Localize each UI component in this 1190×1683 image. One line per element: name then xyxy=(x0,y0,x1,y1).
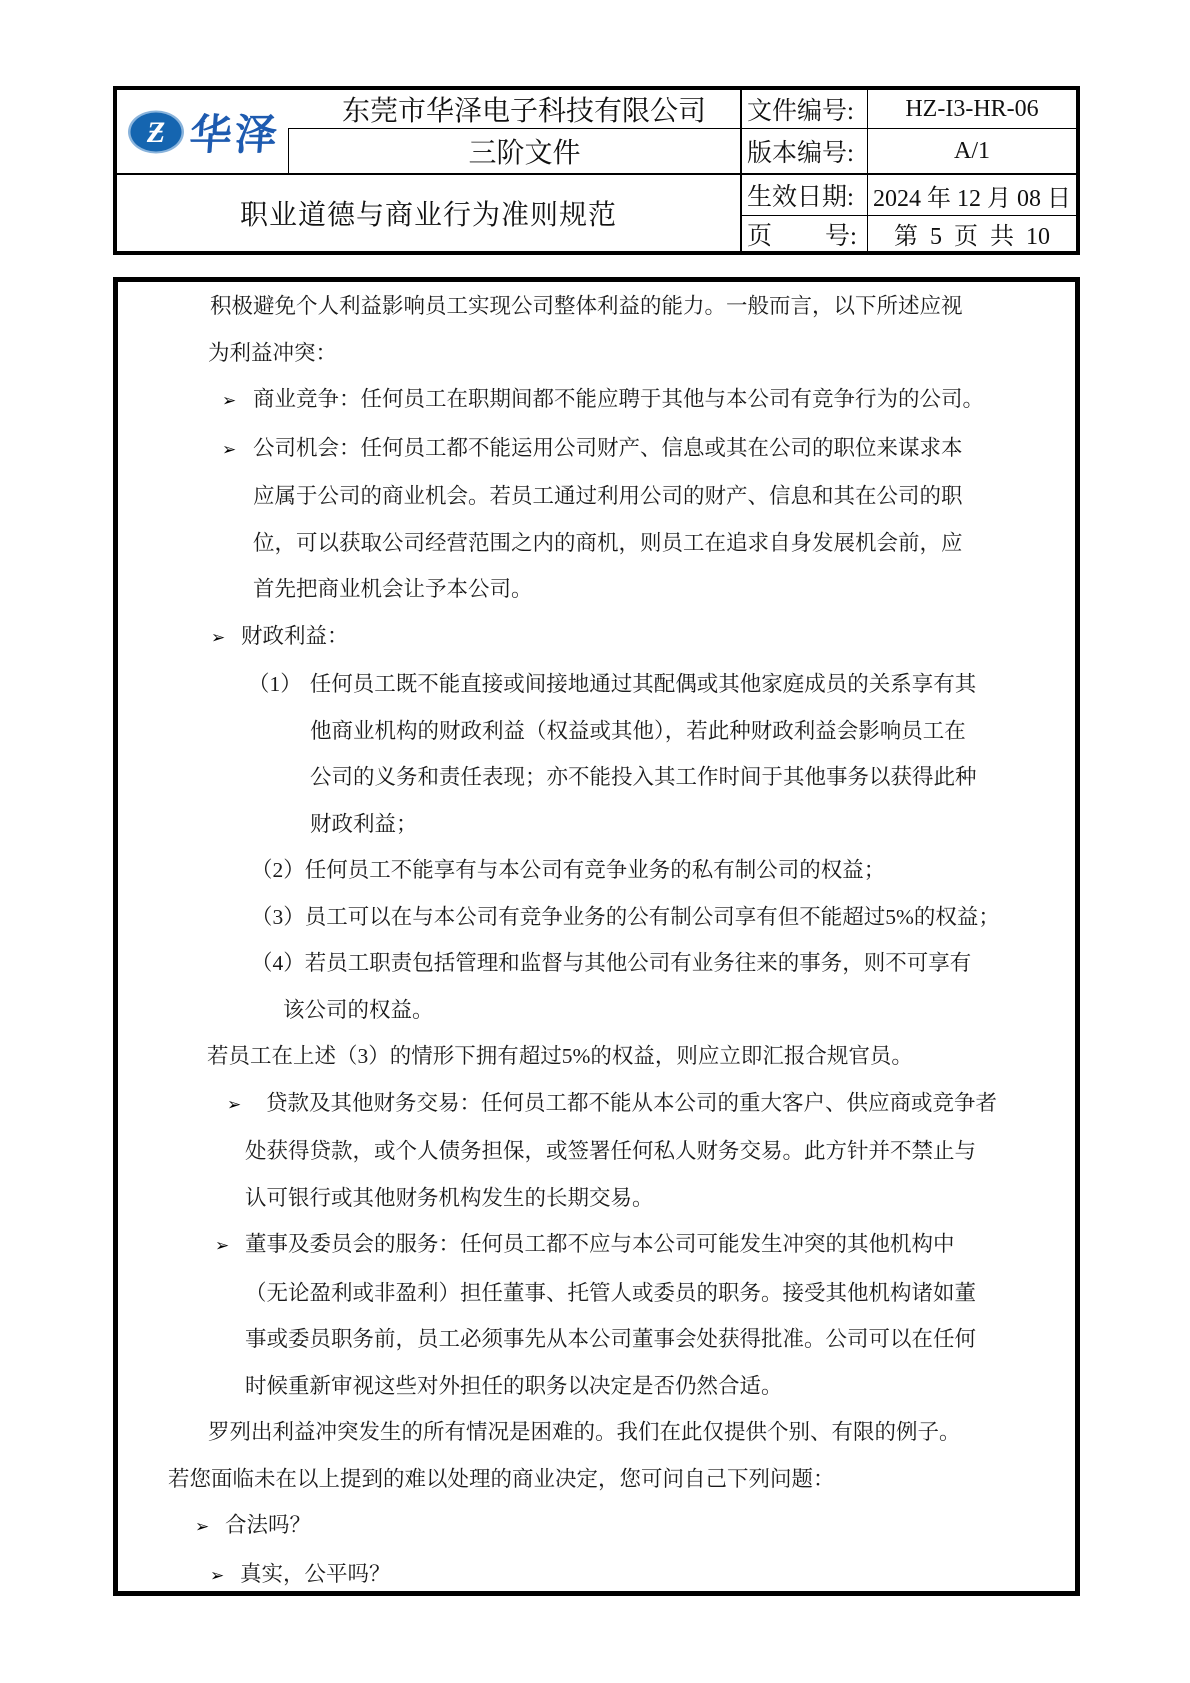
line-text: 任何员工既不能直接或间接地通过其配偶或其他家庭成员的关系享有其 xyxy=(310,672,977,696)
doc-line: ➢公司机会：任何员工都不能运用公司财产、信息或其在公司的职位来谋求本 xyxy=(222,425,1075,474)
doc-line: 积极避免个人利益影响员工实现公司整体利益的能力。一般而言，以下所述应视 xyxy=(210,283,1075,330)
document-body: 积极避免个人利益影响员工实现公司整体利益的能力。一般而言，以下所述应视 为利益冲… xyxy=(113,277,1080,1596)
doc-line: 该公司的权益。 xyxy=(283,987,1075,1034)
field-value-version: A/1 xyxy=(867,128,1076,173)
company-logo: Ƶ 华泽 xyxy=(117,90,288,173)
line-text: 合法吗？ xyxy=(225,1513,311,1537)
doc-level: 三阶文件 xyxy=(288,128,740,173)
doc-line: 事或委员职务前，员工必须事先从本公司董事会处获得批准。公司可以在任何 xyxy=(245,1316,1075,1363)
field-value-page-number: 第 5 页 共 10 xyxy=(867,215,1076,251)
line-text: 公司机会：任何员工都不能运用公司财产、信息或其在公司的职位来谋求本 xyxy=(253,436,963,460)
field-value-effective-date: 2024 年 12 月 08 日 xyxy=(867,173,1076,215)
logo-mark-icon: Ƶ xyxy=(146,116,165,149)
doc-line: 若您面临未在以上提到的难以处理的商业决定，您可问自己下列问题： xyxy=(168,1456,1075,1503)
doc-line: 应属于公司的商业机会。若员工通过利用公司的财产、信息和其在公司的职 xyxy=(253,473,1075,520)
doc-line: 财政利益； xyxy=(310,801,1075,848)
line-text: 真实，公平吗？ xyxy=(240,1562,391,1586)
company-name: 东莞市华泽电子科技有限公司 xyxy=(288,90,740,128)
arrow-bullet-icon: ➢ xyxy=(210,1553,240,1600)
line-text: （2）任何员工不能享有与本公司有竞争业务的私有制公司的权益； xyxy=(251,858,885,882)
line-text: 首先把商业机会让予本公司。 xyxy=(253,577,533,601)
doc-line: 时候重新审视这些对外担任的职务以决定是否仍然合适。 xyxy=(245,1363,1075,1410)
field-label-doc-number: 文件编号: xyxy=(740,90,867,128)
document-page: Ƶ 华泽 东莞市华泽电子科技有限公司 文件编号: HZ-I3-HR-06 三阶文… xyxy=(0,0,1190,1683)
doc-line: 认可银行或其他财务机构发生的长期交易。 xyxy=(245,1175,1075,1222)
line-text: 时候重新审视这些对外担任的职务以决定是否仍然合适。 xyxy=(245,1374,783,1398)
page-label-right: 号: xyxy=(825,216,857,252)
doc-line: 处获得贷款，或个人债务担保，或签署任何私人财务交易。此方针并不禁止与 xyxy=(245,1128,1075,1175)
doc-line: 他商业机构的财政利益（权益或其他），若此种财政利益会影响员工在 xyxy=(310,708,1075,755)
line-text: 处获得贷款，或个人债务担保，或签署任何私人财务交易。此方针并不禁止与 xyxy=(245,1139,976,1163)
line-text: 积极避免个人利益影响员工实现公司整体利益的能力。一般而言，以下所述应视 xyxy=(210,294,963,318)
line-text: 罗列出利益冲突发生的所有情况是困难的。我们在此仅提供个别、有限的例子。 xyxy=(208,1420,961,1444)
line-text: 贷款及其他财务交易：任何员工都不能从本公司的重大客户、供应商或竞争者 xyxy=(266,1091,997,1115)
line-text: （4）若员工职责包括管理和监督与其他公司有业务往来的事务，则不可享有 xyxy=(251,951,971,975)
arrow-bullet-icon: ➢ xyxy=(222,378,253,425)
doc-line: （1）任何员工既不能直接或间接地通过其配偶或其他家庭成员的关系享有其 xyxy=(248,661,1075,708)
line-text: 该公司的权益。 xyxy=(283,998,434,1022)
arrow-bullet-icon: ➢ xyxy=(215,1223,245,1270)
line-text: （无论盈利或非盈利）担任董事、托管人或委员的职务。接受其他机构诸如董 xyxy=(245,1281,976,1305)
doc-line: ➢真实，公平吗？ xyxy=(210,1551,1075,1600)
doc-line: 若员工在上述（3）的情形下拥有超过5%的权益，则应立即汇报合规官员。 xyxy=(207,1033,1075,1080)
logo-ellipse-icon: Ƶ xyxy=(127,109,185,155)
field-label-version: 版本编号: xyxy=(740,128,867,173)
line-text: 事或委员职务前，员工必须事先从本公司董事会处获得批准。公司可以在任何 xyxy=(245,1327,976,1351)
arrow-bullet-icon: ➢ xyxy=(222,427,253,474)
doc-line: 罗列出利益冲突发生的所有情况是困难的。我们在此仅提供个别、有限的例子。 xyxy=(208,1409,1075,1456)
doc-line: ➢贷款及其他财务交易：任何员工都不能从本公司的重大客户、供应商或竞争者 xyxy=(227,1080,1075,1129)
line-text: 若员工在上述（3）的情形下拥有超过5%的权益，则应立即汇报合规官员。 xyxy=(207,1044,913,1068)
line-text: 若您面临未在以上提到的难以处理的商业决定，您可问自己下列问题： xyxy=(168,1467,835,1491)
doc-line: ➢合法吗？ xyxy=(195,1502,1075,1551)
field-label-page-number: 页 号: xyxy=(740,215,867,251)
line-text: 应属于公司的商业机会。若员工通过利用公司的财产、信息和其在公司的职 xyxy=(253,484,963,508)
page-label-left: 页 xyxy=(747,216,772,252)
arrow-bullet-icon: ➢ xyxy=(227,1082,266,1129)
logo-text: 华泽 xyxy=(188,102,282,162)
doc-line: 位，可以获取公司经营范围之内的商机，则员工在追求自身发展机会前，应 xyxy=(253,520,1075,567)
doc-line: 首先把商业机会让予本公司。 xyxy=(253,566,1075,613)
line-text: 位，可以获取公司经营范围之内的商机，则员工在追求自身发展机会前，应 xyxy=(253,531,963,555)
arrow-bullet-icon: ➢ xyxy=(211,615,241,662)
doc-line: ➢财政利益： xyxy=(211,613,1075,662)
doc-line: 为利益冲突： xyxy=(208,330,1075,377)
document-header-table: Ƶ 华泽 东莞市华泽电子科技有限公司 文件编号: HZ-I3-HR-06 三阶文… xyxy=(113,86,1080,255)
list-number: （1） xyxy=(248,672,302,696)
field-label-effective-date: 生效日期: xyxy=(740,173,867,215)
doc-line: ➢董事及委员会的服务：任何员工都不应与本公司可能发生冲突的其他机构中 xyxy=(215,1221,1075,1270)
doc-line: （无论盈利或非盈利）担任董事、托管人或委员的职务。接受其他机构诸如董 xyxy=(245,1270,1075,1317)
doc-line: （2）任何员工不能享有与本公司有竞争业务的私有制公司的权益； xyxy=(251,847,1075,894)
line-text: 董事及委员会的服务：任何员工都不应与本公司可能发生冲突的其他机构中 xyxy=(245,1232,955,1256)
line-text: 财政利益： xyxy=(241,624,349,648)
line-text: 认可银行或其他财务机构发生的长期交易。 xyxy=(245,1186,654,1210)
doc-line: 公司的义务和责任表现；亦不能投入其工作时间于其他事务以获得此种 xyxy=(310,754,1075,801)
arrow-bullet-icon: ➢ xyxy=(195,1504,225,1551)
line-text: 他商业机构的财政利益（权益或其他），若此种财政利益会影响员工在 xyxy=(310,719,966,743)
doc-line: （4）若员工职责包括管理和监督与其他公司有业务往来的事务，则不可享有 xyxy=(251,940,1075,987)
doc-line: ➢商业竞争：任何员工在职期间都不能应聘于其他与本公司有竞争行为的公司。 xyxy=(222,376,1075,425)
line-text: 公司的义务和责任表现；亦不能投入其工作时间于其他事务以获得此种 xyxy=(310,765,977,789)
line-text: 为利益冲突： xyxy=(208,341,337,365)
line-text: （3）员工可以在与本公司有竞争业务的公有制公司享有但不能超过5%的权益； xyxy=(251,905,1000,929)
line-text: 财政利益； xyxy=(310,812,418,836)
doc-title: 职业道德与商业行为准则规范 xyxy=(117,173,740,251)
line-text: 商业竞争：任何员工在职期间都不能应聘于其他与本公司有竞争行为的公司。 xyxy=(253,387,984,411)
doc-line: （3）员工可以在与本公司有竞争业务的公有制公司享有但不能超过5%的权益； xyxy=(251,894,1075,941)
field-value-doc-number: HZ-I3-HR-06 xyxy=(867,90,1076,128)
